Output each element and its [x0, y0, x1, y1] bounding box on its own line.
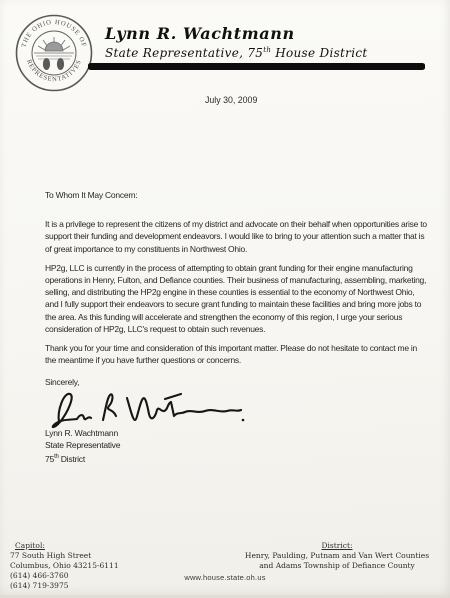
footer-district-info: District: Henry, Paulding, Putnam and Va… [232, 541, 442, 571]
capitol-label: Capitol: [15, 541, 45, 550]
signed-title: State Representative [45, 439, 427, 451]
signed-district-number: 75 [45, 454, 54, 464]
signed-district-suffix: District [59, 454, 85, 464]
representative-title: State Representative, 75th House Distric… [105, 46, 368, 60]
representative-title-prefix: State Representative, 75 [105, 46, 263, 60]
letter-page: THE OHIO HOUSE OF REPRESENTATIVES Lynn R… [0, 0, 450, 598]
footer-capitol-address: Capitol: 77 South High Street Columbus, … [10, 541, 119, 591]
capitol-fax: (614) 719-3975 [10, 581, 119, 591]
ohio-house-seal: THE OHIO HOUSE OF REPRESENTATIVES [14, 13, 94, 93]
signed-block: Lynn R. Wachtmann State Representative 7… [45, 427, 427, 465]
district-counties: Henry, Paulding, Putnam and Van Wert Cou… [232, 551, 442, 561]
body-paragraph-1: It is a privilege to represent the citiz… [45, 218, 427, 255]
signed-district: 75th District [45, 451, 427, 465]
body-paragraph-2: HP2g, LLC is currently in the process of… [45, 262, 427, 335]
letterhead-rule [88, 63, 425, 70]
signed-name: Lynn R. Wachtmann [45, 427, 427, 439]
capitol-city: Columbus, Ohio 43215-6111 [10, 561, 119, 571]
representative-title-ordinal: th [263, 46, 271, 54]
seal-emblem [34, 37, 74, 70]
masthead: Lynn R. Wachtmann State Representative, … [105, 24, 368, 60]
capitol-street: 77 South High Street [10, 551, 119, 561]
handwritten-signature [47, 383, 247, 429]
letter-body: To Whom It May Concern: It is a privileg… [45, 189, 427, 465]
representative-name: Lynn R. Wachtmann [105, 24, 368, 43]
website-url: www.house.state.oh.us [0, 573, 450, 582]
body-paragraph-3: Thank you for your time and consideratio… [45, 342, 427, 366]
representative-title-suffix: House District [271, 46, 367, 60]
letter-date: July 30, 2009 [205, 95, 257, 105]
salutation: To Whom It May Concern: [45, 189, 427, 201]
district-township: and Adams Township of Defiance County [232, 561, 442, 571]
district-label: District: [322, 541, 353, 550]
